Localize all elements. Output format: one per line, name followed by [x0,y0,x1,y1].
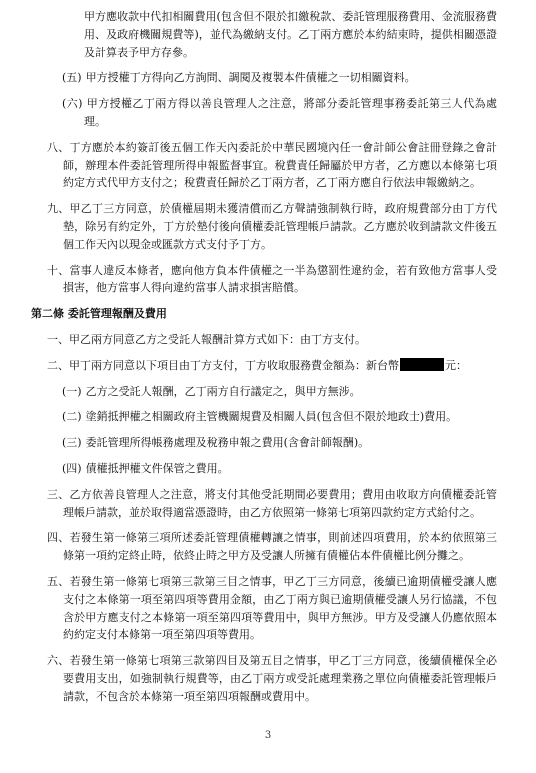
item-text: 乙方依善良管理人之注意，將支付其他受託期間必要費用；費用由收取方向債權委託管理帳… [63,488,497,519]
redaction-box [400,358,444,371]
item-text: 甲方授權乙丁兩方得以善良管理人之注意，將部分委託管理事務委託第三人代為處理。 [84,97,497,128]
item-text: 若發生第一條第三項所述委託管理債權轉讓之情事，則前述四項費用，於本約依照第三條第… [63,531,497,562]
clause2-item-2-sub-1: (一)乙方之受託人報酬，乙丁兩方自行議定之，與甲方無涉。 [84,383,497,401]
item-label: 十、 [47,264,70,277]
clause2-item-2-sub-3: (三)委託管理所得帳務處理及稅務申報之費用(含會計師報酬)。 [84,434,497,452]
clause2-item-1: 一、甲乙兩方同意乙方之受託人報酬計算方式如下：由丁方支付。 [63,331,497,349]
item-text: 甲乙丁三方同意，於債權屆期未獲清償而乙方聲請強制執行時，政府規費部分由丁方代墊，… [63,202,497,251]
clause2-item-2-sub-2: (二)塗銷抵押權之相關政府主管機關規費及相關人員(包含但不限於地政士)費用。 [84,408,497,426]
item-text: 甲乙兩方同意乙方之受託人報酬計算方式如下：由丁方支付。 [69,333,366,346]
item-text: 當事人違反本條者，應向他方負本件債權之一半為懲罰性違約金，若有致他方當事人受損害… [63,264,497,295]
item-text: 甲方授權丁方得向乙方詢問、調閱及複製本件債權之一切相關資料。 [86,71,416,84]
clause1-sub-item-5: (五)甲方授權丁方得向乙方詢問、調閱及複製本件債權之一切相關資料。 [84,69,497,87]
clause2-item-4: 四、若發生第一條第三項所述委託管理債權轉讓之情事，則前述四項費用，於本約依照第三… [63,529,497,565]
item-text: 丁方應於本約簽訂後五個工作天內委託於中華民國境內任一會計師公會註冊登錄之會計師，… [63,141,497,190]
item-label: 一、 [47,333,69,346]
item-text: 塗銷抵押權之相關政府主管機關規費及相關人員(包含但不限於地政士)費用。 [86,410,458,423]
item-label: 六、 [47,654,70,667]
continuation-paragraph: 甲方應收款中代扣相關費用(包含但不限於扣繳稅款、委託管理服務費用、金流服務費用、… [84,8,497,61]
contract-document-page: 甲方應收款中代扣相關費用(包含但不限於扣繳稅款、委託管理服務費用、金流服務費用、… [0,0,536,773]
clause1-item-8: 八、丁方應於本約簽訂後五個工作天內委託於中華民國境內任一會計師公會註冊登錄之會計… [63,139,497,192]
item-label: (五) [62,71,86,84]
item-label: 四、 [47,531,70,544]
clause1-sub-item-6: (六)甲方授權乙丁兩方得以善良管理人之注意，將部分委託管理事務委託第三人代為處理… [84,95,497,131]
item-text: 若發生第一條第七項第三款第四目及第五目之情事，甲乙丁三方同意，後續債權保全必要費… [63,654,497,703]
item-label: 八、 [47,141,70,154]
item-label: (四) [62,462,86,475]
continuation-text: 甲方應收款中代扣相關費用(包含但不限於扣繳稅款、委託管理服務費用、金流服務費用、… [84,10,497,59]
item-text-before-redaction: 甲丁兩方同意以下項目由丁方支付，丁方收取服務費金額為：新台幣 [69,359,399,372]
clause2-item-2-sub-4: (四)債權抵押權文件保管之費用。 [84,460,497,478]
item-label: (一) [62,385,86,398]
item-label: 九、 [47,202,70,215]
item-text: 乙方之受託人報酬，乙丁兩方自行議定之，與甲方無涉。 [86,385,361,398]
item-label: 五、 [47,575,70,588]
item-label: 三、 [47,488,70,501]
item-text: 債權抵押權文件保管之費用。 [86,462,229,475]
page-number: 3 [0,730,536,742]
clause2-item-5: 五、若發生第一條第七項第三款第三目之情事，甲乙丁三方同意，後續已逾期債權受讓人應… [63,573,497,644]
item-text: 若發生第一條第七項第三款第三目之情事，甲乙丁三方同意，後續已逾期債權受讓人應支付… [63,575,497,641]
section2-heading: 第二條 委託管理報酬及費用 [31,305,497,323]
item-text: 委託管理所得帳務處理及稅務申報之費用(含會計師報酬)。 [86,436,370,449]
item-label: (二) [62,410,86,423]
clause1-item-9: 九、甲乙丁三方同意，於債權屆期未獲清償而乙方聲請強制執行時，政府規費部分由丁方代… [63,200,497,253]
clause2-item-6: 六、若發生第一條第七項第三款第四目及第五目之情事，甲乙丁三方同意，後續債權保全必… [63,652,497,705]
clause2-item-2: 二、甲丁兩方同意以下項目由丁方支付，丁方收取服務費金額為：新台幣元： [63,357,497,375]
item-label: (六) [62,97,86,110]
item-label: 二、 [47,359,69,372]
clause2-item-3: 三、乙方依善良管理人之注意，將支付其他受託期間必要費用；費用由收取方向債權委託管… [63,486,497,522]
item-label: (三) [62,436,86,449]
clause1-item-10: 十、當事人違反本條者，應向他方負本件債權之一半為懲罰性違約金，若有致他方當事人受… [63,262,497,298]
item-text-after-redaction: 元： [445,359,467,372]
